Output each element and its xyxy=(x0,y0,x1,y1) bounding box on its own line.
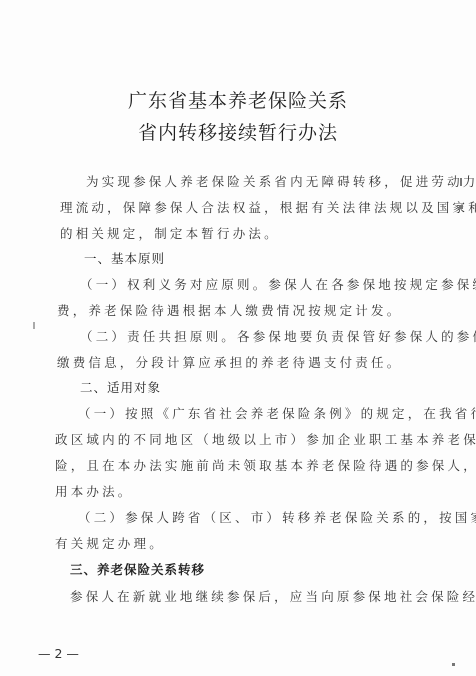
scan-artifact xyxy=(452,663,455,666)
transfer-line-1: 参保人在新就业地继续参保后，应当向原参保地社会保险经 xyxy=(70,587,476,605)
applicable-1-line-4: 用本办法。 xyxy=(55,482,134,500)
paragraph-intro-line-3: 的相关规定，制定本暂行办法。 xyxy=(60,224,280,242)
scan-artifact xyxy=(459,205,463,209)
paragraph-intro-line-1: 为实现参保人养老保险关系省内无障碍转移，促进劳动力合 xyxy=(86,172,476,190)
applicable-1-line-2: 政区域内的不同地区（地级以上市）参加企业职工基本养老保 xyxy=(55,430,476,448)
principle-2-line-2: 缴费信息，分段计算应承担的养老待遇支付责任。 xyxy=(57,353,402,371)
scanned-document-page: 广东省基本养老保险关系 省内转移接续暂行办法 为实现参保人养老保险关系省内无障碍… xyxy=(0,0,476,676)
principle-2-line-1: （二）责任共担原则。各参保地要负责保管好参保人的参保 xyxy=(80,327,476,345)
applicable-1-line-3: 险，且在本办法实施前尚未领取基本养老保险待遇的参保人，适 xyxy=(55,456,476,474)
scan-artifact xyxy=(33,322,35,329)
principle-1-line-2: 费，养老保险待遇根据本人缴费情况按规定计发。 xyxy=(57,301,402,319)
section-heading-applicable-persons: 二、适用对象 xyxy=(80,378,161,396)
section-heading-relationship-transfer: 三、养老保险关系转移 xyxy=(70,560,205,578)
applicable-1-line-1: （一）按照《广东省社会养老保险条例》的规定，在我省行 xyxy=(78,404,476,422)
document-title-line-1: 广东省基本养老保险关系 xyxy=(0,86,476,113)
scan-artifact xyxy=(460,178,462,186)
paragraph-intro-line-2: 理流动，保障参保人合法权益，根据有关法律法规以及国家和省 xyxy=(60,198,476,216)
page-number: — 2 — xyxy=(38,646,79,661)
applicable-2-line-1: （二）参保人跨省（区、市）转移养老保险关系的，按国家 xyxy=(78,508,476,526)
applicable-2-line-2: 有关规定办理。 xyxy=(55,534,165,552)
section-heading-basic-principles: 一、基本原则 xyxy=(84,249,165,267)
principle-1-line-1: （一）权利义务对应原则。参保人在各参保地按规定参保缴 xyxy=(80,275,476,293)
document-title-line-2: 省内转移接续暂行办法 xyxy=(0,118,476,145)
